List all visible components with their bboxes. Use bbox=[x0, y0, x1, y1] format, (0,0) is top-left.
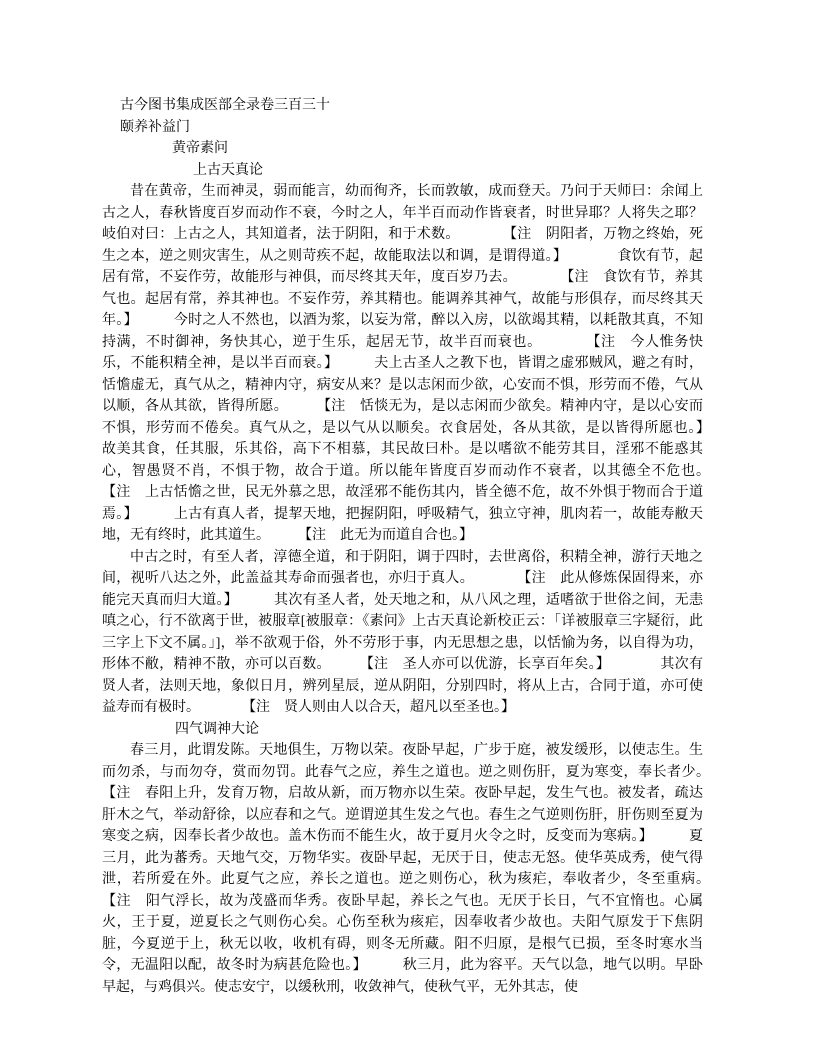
document-body: 古今图书集成医部全录卷三百三十 颐养补益门 黄帝素问 上古天真论 昔在黄帝，生而… bbox=[102, 95, 703, 998]
paragraph-chapter1-2: 中古之时，有至人者，淳德全道，和于阴阳，调于四时，去世离俗，积精全神，游行天地之… bbox=[102, 547, 703, 719]
chapter-title-shang-gu-tian-zhen-lun: 上古天真论 bbox=[102, 160, 703, 182]
source-title: 黄帝素问 bbox=[102, 138, 703, 160]
volume-title: 古今图书集成医部全录卷三百三十 bbox=[102, 95, 703, 117]
chapter-title-si-qi-tiao-shen-da-lun: 四气调神大论 bbox=[102, 719, 703, 741]
paragraph-chapter1-1: 昔在黄帝，生而神灵，弱而能言，幼而徇齐，长而敦敏，成而登天。乃问于天师曰：余闻上… bbox=[102, 181, 703, 547]
document-page: 古今图书集成医部全录卷三百三十 颐养补益门 黄帝素问 上古天真论 昔在黄帝，生而… bbox=[0, 0, 816, 1056]
section-title: 颐养补益门 bbox=[102, 117, 703, 139]
paragraph-chapter2-1: 春三月，此谓发陈。天地俱生，万物以荣。夜卧早起，广步于庭，被发缓形，以使志生。生… bbox=[102, 740, 703, 998]
